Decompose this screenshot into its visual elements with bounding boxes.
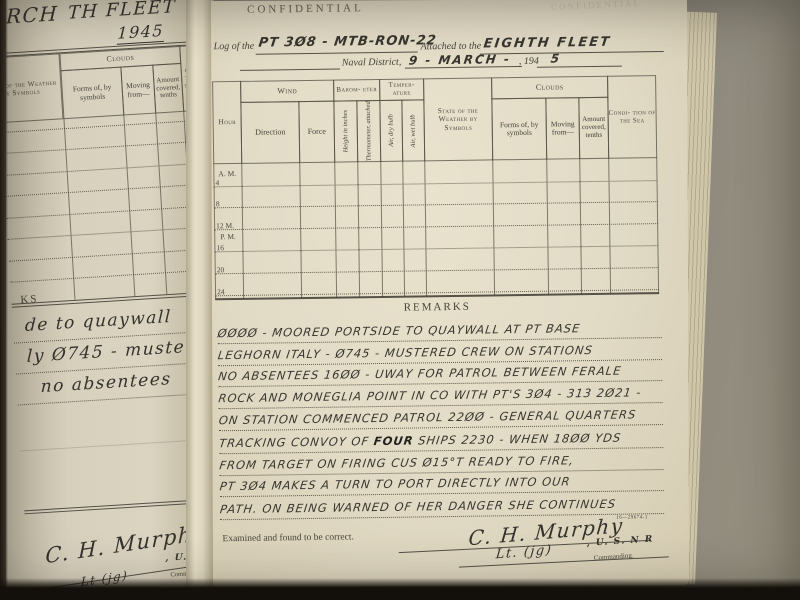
hour-row-label: A. M. xyxy=(218,169,236,178)
date-underline xyxy=(405,66,522,69)
left-signature-service: , U. S. N R xyxy=(165,550,186,564)
left-grid-line xyxy=(63,119,75,300)
left-row-line xyxy=(6,140,186,154)
blank-rule xyxy=(240,69,340,71)
hour-row-label: P. M. xyxy=(220,232,236,241)
left-hand-line: no absentees xyxy=(40,369,172,397)
left-grid-line xyxy=(183,112,186,293)
remarks-text: LEGHORN ITALY - Ø745 - MUSTERED CREW ON … xyxy=(217,343,594,362)
col-barometer: Barom- eter xyxy=(333,79,380,102)
left-remarks-fragment: KS xyxy=(20,293,39,306)
label-year-printed: , 194 xyxy=(519,56,539,67)
col-thermometer: Thermometer, attached xyxy=(356,100,381,162)
left-grid-line xyxy=(155,114,167,295)
date-handwritten: 9 - MARCH - xyxy=(408,52,512,67)
col-wind: Wind xyxy=(240,80,334,103)
grid-line xyxy=(546,159,549,295)
grid-line xyxy=(579,158,582,294)
remarks-text: ØØØØ - MOORED PORTSIDE TO QUAYWALL AT PT… xyxy=(217,321,582,340)
label-attached-to-the: Attached to the xyxy=(421,41,482,53)
left-grid-line xyxy=(123,115,135,296)
grid-line xyxy=(357,161,360,297)
remarks-text: FROM TARGET ON FIRING CUS Ø15°T READY TO… xyxy=(219,453,575,472)
left-row-line xyxy=(8,226,186,240)
left-page: RCH TH FLEET 1945 State of the Weather b… xyxy=(6,0,186,588)
col-hour: Hour xyxy=(212,81,242,164)
col-air-dry-bulb: Air, dry bulb xyxy=(379,100,403,162)
col-direction: Direction xyxy=(240,101,300,164)
grid-line xyxy=(656,157,659,293)
col-clouds: Clouds xyxy=(491,76,608,100)
grid-line xyxy=(424,160,427,296)
remarks-line: NO ABSENTEES 16ØØ - UWAY FOR PATROL BETW… xyxy=(218,363,662,387)
hour-row-line xyxy=(214,201,658,208)
remarks-line: LEGHORN ITALY - Ø745 - MUSTERED CREW ON … xyxy=(218,342,662,366)
grid-line xyxy=(334,162,337,298)
photo-left-edge xyxy=(0,0,8,600)
hour-row-line xyxy=(215,267,659,274)
grid-line xyxy=(299,162,302,298)
col-height-inches: Height in inches xyxy=(333,100,358,162)
signature-line xyxy=(459,556,669,567)
left-col-moving: Moving from— xyxy=(120,65,156,116)
grid-line xyxy=(402,161,405,297)
year-digit-handwritten: 5 xyxy=(550,51,561,65)
year-underline xyxy=(537,66,622,68)
col-temperature: Temper- ature xyxy=(379,78,424,101)
remarks-title: REMARKS xyxy=(215,298,659,316)
left-row-line xyxy=(10,269,186,283)
col-forms: Forms of, by symbols xyxy=(491,98,547,161)
remarks-text: PATH. ON BEING WARNED OF HER DANGER SHE … xyxy=(219,497,617,517)
confidential-stamp: CONFIDENTIAL xyxy=(247,2,364,16)
left-row-line xyxy=(6,119,186,133)
left-col-amount: Amount covered, tenths xyxy=(152,63,184,114)
left-year-handwritten: 1945 xyxy=(117,21,165,45)
logbook-photo: RCH TH FLEET 1945 State of the Weather b… xyxy=(0,0,800,600)
remarks-line: ØØØØ - MOORED PORTSIDE TO QUAYWALL AT PT… xyxy=(218,320,662,344)
remarks-text: ON STATION COMMENCED PATROL 22ØØ - GENER… xyxy=(218,407,637,427)
fleet-name-handwritten: EIGHTH FLEET xyxy=(483,35,612,52)
col-condition-of-sea: Condi- tion of the Sea xyxy=(607,75,657,159)
right-page: CONFIDENTIAL CONFIDENTIAL Log of the PT … xyxy=(211,0,689,587)
col-amount-covered: Amount covered, tenths xyxy=(578,97,609,159)
remarks-line: ON STATION COMMENCED PATROL 22ØØ - GENER… xyxy=(219,407,663,431)
remarks-text: ROCK AND MONEGLIA POINT IN CO WITH PT'S … xyxy=(218,385,643,405)
col-air-wet-bulb: Air, wet bulb xyxy=(401,99,425,161)
remarks-line: PT 3Ø4 MAKES A TURN TO PORT DIRECTLY INT… xyxy=(220,473,664,497)
label-naval-district: Naval District, xyxy=(342,57,402,69)
grid-line xyxy=(608,158,611,294)
col-moving-from: Moving from— xyxy=(545,97,580,159)
grid-line xyxy=(241,163,244,299)
examined-statement: Examined and found to be correct. xyxy=(222,532,354,544)
signature-commanding: Commanding. xyxy=(594,551,634,562)
remarks-text-emphasized: FOUR xyxy=(373,434,415,449)
left-row-line xyxy=(9,248,186,262)
vessel-name-handwritten: PT 3Ø8 - MTB-RON-22 xyxy=(258,33,438,51)
remarks-line: TRACKING CONVOY OF FOUR SHIPS 2230 - WHE… xyxy=(219,430,663,454)
col-state-of-weather: State of the Weather by Symbols xyxy=(423,77,493,161)
left-col-weather: State of the Weather by Symbols xyxy=(6,53,63,124)
left-page-content: RCH TH FLEET 1945 State of the Weather b… xyxy=(6,0,186,588)
left-hand-line: de to quaywall xyxy=(25,307,173,336)
left-ruled-line xyxy=(21,438,186,452)
weather-table: Hour Wind Direction Force Barom- eter He… xyxy=(212,75,659,299)
hour-row-line xyxy=(214,245,658,252)
left-col-forms: Forms of, by symbols xyxy=(60,67,124,120)
remarks-line: FROM TARGET ON FIRING CUS Ø15°T READY TO… xyxy=(219,452,663,476)
left-header-fragment-month: RCH xyxy=(6,1,59,28)
confidential-ghost-stamp: CONFIDENTIAL xyxy=(551,0,641,12)
label-log-of-the: Log of the xyxy=(214,41,255,53)
remarks-text: PT 3Ø4 MAKES A TURN TO PORT DIRECTLY INT… xyxy=(219,474,572,493)
hour-row-line xyxy=(214,223,658,230)
title-underline xyxy=(256,51,418,54)
book-gutter xyxy=(182,0,214,592)
remarks-text: SHIPS 2230 - WHEN 18ØØ YDS xyxy=(413,431,622,448)
hour-row-line xyxy=(214,180,658,187)
remarks-text: TRACKING CONVOY OF xyxy=(218,434,374,450)
left-row-line xyxy=(6,205,186,219)
remarks-text: NO ABSENTEES 16ØØ - UWAY FOR PATROL BETW… xyxy=(217,364,622,384)
col-force: Force xyxy=(298,101,335,163)
grid-line xyxy=(492,159,495,295)
grid-line xyxy=(380,161,383,297)
remarks-line: ROCK AND MONEGLIA POINT IN CO WITH PT'S … xyxy=(218,385,662,409)
photo-bottom-edge xyxy=(0,578,800,600)
right-page-content: CONFIDENTIAL CONFIDENTIAL Log of the PT … xyxy=(211,0,689,587)
